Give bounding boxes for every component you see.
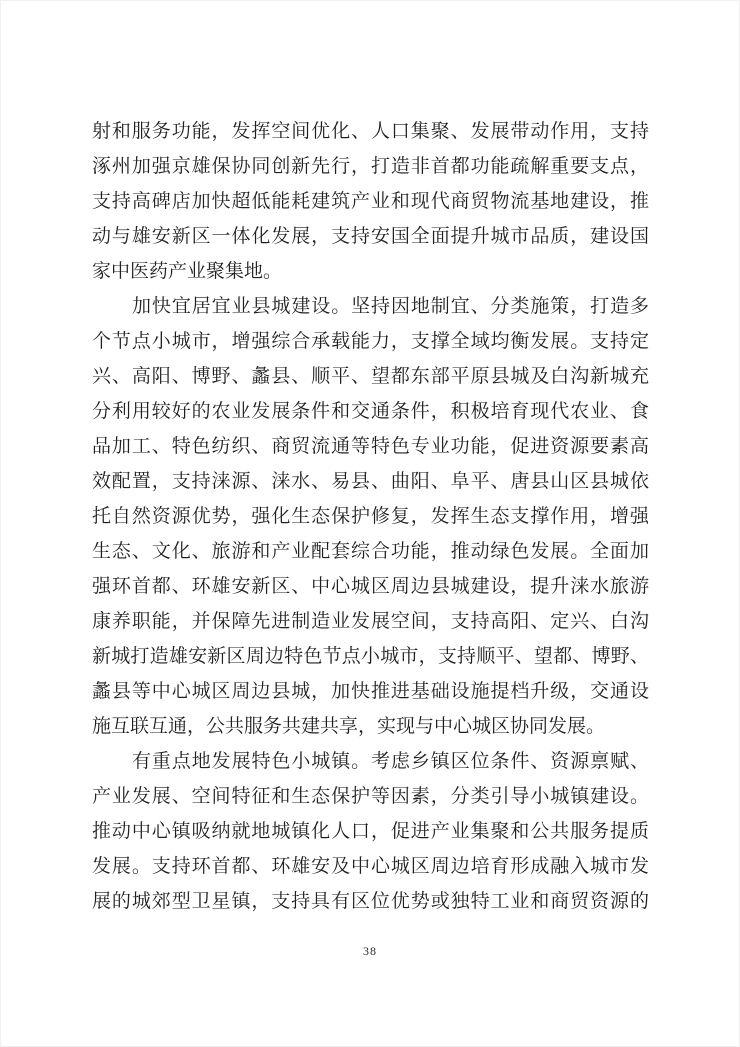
text-line: 生态、文化、旅游和产业配套综合功能，推动绿色发展。全面加	[92, 534, 649, 569]
text-line: 发展。支持环首都、环雄安及中心城区周边培育形成融入城市发	[92, 849, 649, 884]
text-line: 射和服务功能，发挥空间优化、人口集聚、发展带动作用，支持	[92, 114, 649, 149]
text-line: 新城打造雄安新区周边特色节点小城市，支持顺平、望都、博野、	[92, 639, 649, 674]
text-line: 施互联互通，公共服务共建共享，实现与中心城区协同发展。	[92, 709, 649, 744]
paragraph: 有重点地发展特色小城镇。考虑乡镇区位条件、资源禀赋、 产业发展、空间特征和生态保…	[92, 744, 649, 919]
text-line: 支持高碑店加快超低能耗建筑产业和现代商贸物流基地建设，推	[92, 184, 649, 219]
text-line: 品加工、特色纺织、商贸流通等特色专业功能，促进资源要素高	[92, 429, 649, 464]
text-line: 动与雄安新区一体化发展，支持安国全面提升城市品质，建设国	[92, 219, 649, 254]
text-line: 涿州加强京雄保协同创新先行，打造非首都功能疏解重要支点，	[92, 149, 649, 184]
text-line: 兴、高阳、博野、蠡县、顺平、望都东部平原县城及白沟新城充	[92, 359, 649, 394]
text-line: 有重点地发展特色小城镇。考虑乡镇区位条件、资源禀赋、	[92, 744, 649, 779]
document-body-text: 射和服务功能，发挥空间优化、人口集聚、发展带动作用，支持 涿州加强京雄保协同创新…	[92, 114, 649, 919]
text-line: 康养职能，并保障先进制造业发展空间，支持高阳、定兴、白沟	[92, 604, 649, 639]
document-page: 射和服务功能，发挥空间优化、人口集聚、发展带动作用，支持 涿州加强京雄保协同创新…	[0, 0, 740, 1047]
text-line: 效配置，支持涞源、涞水、易县、曲阳、阜平、唐县山区县城依	[92, 464, 649, 499]
paragraph: 射和服务功能，发挥空间优化、人口集聚、发展带动作用，支持 涿州加强京雄保协同创新…	[92, 114, 649, 289]
page-number: 38	[0, 944, 740, 959]
text-line: 加快宜居宜业县城建设。坚持因地制宜、分类施策，打造多	[92, 289, 649, 324]
text-line: 产业发展、空间特征和生态保护等因素，分类引导小城镇建设。	[92, 779, 649, 814]
text-line: 分利用较好的农业发展条件和交通条件，积极培育现代农业、食	[92, 394, 649, 429]
text-line: 个节点小城市，增强综合承载能力，支撑全域均衡发展。支持定	[92, 324, 649, 359]
text-line: 托自然资源优势，强化生态保护修复，发挥生态支撑作用，增强	[92, 499, 649, 534]
text-line: 强环首都、环雄安新区、中心城区周边县城建设，提升涞水旅游	[92, 569, 649, 604]
text-line: 展的城郊型卫星镇，支持具有区位优势或独特工业和商贸资源的	[92, 884, 649, 919]
paragraph: 加快宜居宜业县城建设。坚持因地制宜、分类施策，打造多 个节点小城市，增强综合承载…	[92, 289, 649, 744]
text-line: 蠡县等中心城区周边县城，加快推进基础设施提档升级，交通设	[92, 674, 649, 709]
text-line: 家中医药产业聚集地。	[92, 254, 649, 289]
text-line: 推动中心镇吸纳就地城镇化人口，促进产业集聚和公共服务提质	[92, 814, 649, 849]
